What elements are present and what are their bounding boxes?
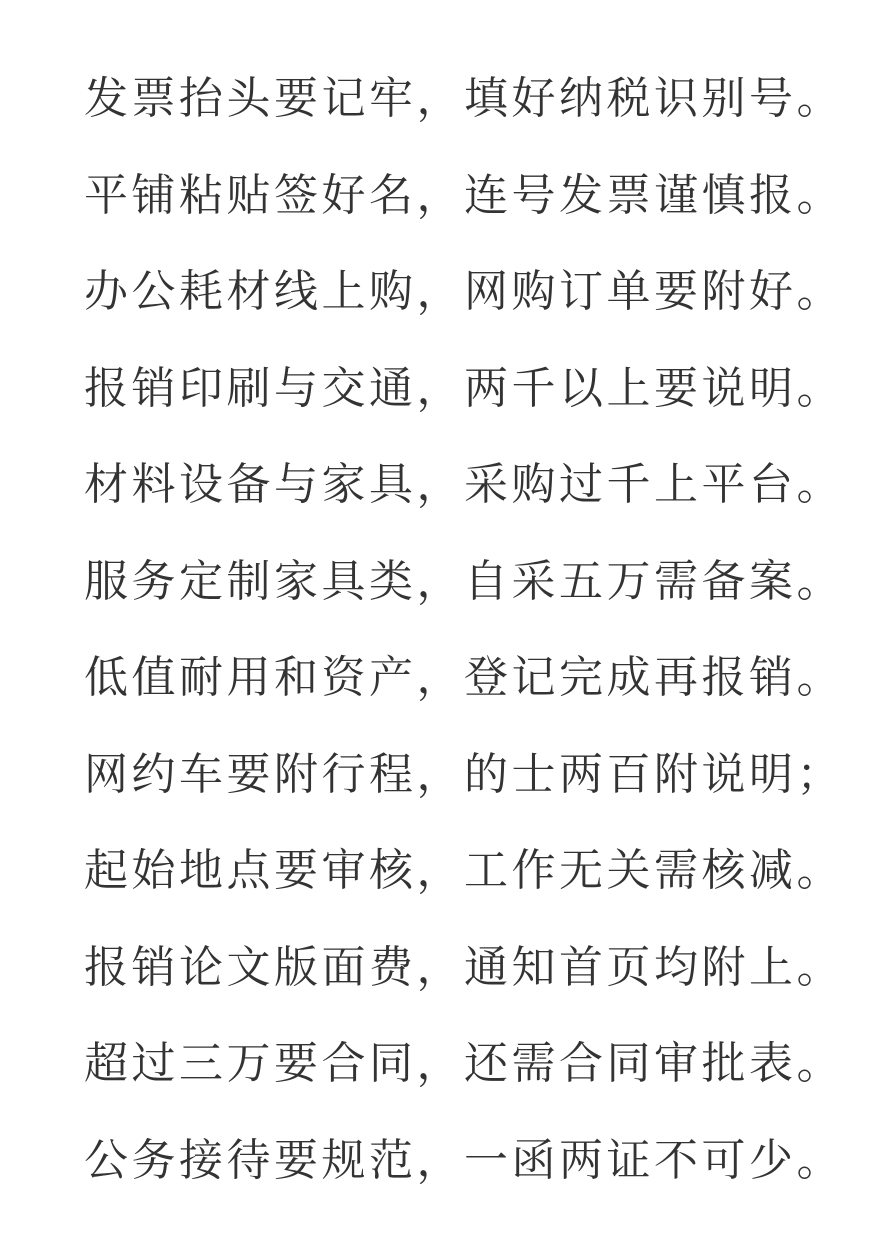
line-second-half: 两千以上要说明。 <box>464 363 844 414</box>
line-first-half: 报销论文版面费， <box>84 942 464 993</box>
line-first-half: 超过三万要合同， <box>84 1038 464 1089</box>
text-line: 发票抬头要记牢，填好纳税识别号。 <box>84 66 864 163</box>
text-line: 起始地点要审核，工作无关需核减。 <box>84 838 864 935</box>
line-second-half: 网购订单要附好。 <box>464 266 844 317</box>
line-first-half: 办公耗材线上购， <box>84 266 464 317</box>
line-second-half: 登记完成再报销。 <box>464 652 844 703</box>
text-line: 平铺粘贴签好名，连号发票谨慎报。 <box>84 163 864 260</box>
text-line: 报销论文版面费，通知首页均附上。 <box>84 935 864 1032</box>
line-second-half: 工作无关需核减。 <box>464 845 844 896</box>
line-second-half: 填好纳税识别号。 <box>464 73 844 124</box>
text-line: 报销印刷与交通，两千以上要说明。 <box>84 356 864 453</box>
text-line: 办公耗材线上购，网购订单要附好。 <box>84 259 864 356</box>
text-line: 超过三万要合同，还需合同审批表。 <box>84 1031 864 1128</box>
line-first-half: 低值耐用和资产， <box>84 652 464 703</box>
line-first-half: 材料设备与家具， <box>84 459 464 510</box>
line-first-half: 报销印刷与交通， <box>84 363 464 414</box>
line-second-half: 通知首页均附上。 <box>464 942 844 993</box>
text-line: 服务定制家具类，自采五万需备案。 <box>84 549 864 646</box>
line-second-half: 连号发票谨慎报。 <box>464 170 844 221</box>
line-first-half: 服务定制家具类， <box>84 556 464 607</box>
text-line: 低值耐用和资产，登记完成再报销。 <box>84 645 864 742</box>
line-second-half: 的士两百附说明； <box>464 749 844 800</box>
line-second-half: 一函两证不可少。 <box>464 1135 844 1186</box>
reimbursement-rhyme-text: 发票抬头要记牢，填好纳税识别号。 平铺粘贴签好名，连号发票谨慎报。 办公耗材线上… <box>84 66 864 1224</box>
line-first-half: 发票抬头要记牢， <box>84 73 464 124</box>
line-second-half: 自采五万需备案。 <box>464 556 844 607</box>
line-first-half: 平铺粘贴签好名， <box>84 170 464 221</box>
line-first-half: 网约车要附行程， <box>84 749 464 800</box>
line-second-half: 还需合同审批表。 <box>464 1038 844 1089</box>
text-line: 公务接待要规范，一函两证不可少。 <box>84 1128 864 1225</box>
line-first-half: 公务接待要规范， <box>84 1135 464 1186</box>
line-second-half: 采购过千上平台。 <box>464 459 844 510</box>
text-line: 网约车要附行程，的士两百附说明； <box>84 742 864 839</box>
text-line: 材料设备与家具，采购过千上平台。 <box>84 452 864 549</box>
line-first-half: 起始地点要审核， <box>84 845 464 896</box>
